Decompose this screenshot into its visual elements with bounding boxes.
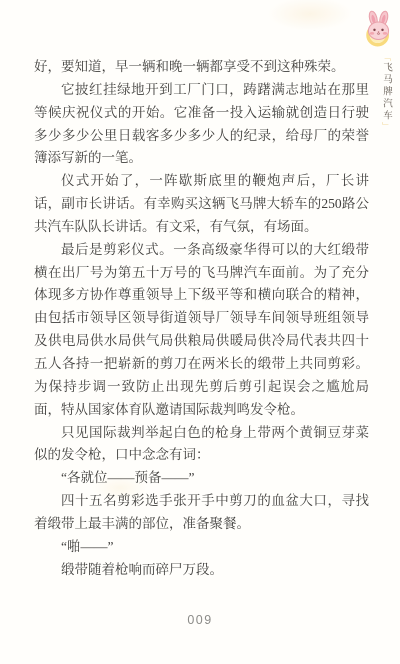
paragraph: 它披红挂绿地开到工厂门口，踌躇满志地站在那里等候庆祝仪式的开始。它准备一投入运输… (34, 79, 369, 170)
paragraph: 仪式开始了，一阵歇斯底里的鞭炮声后，厂长讲话，副市长讲话。有幸购买这辆飞马牌大轿… (34, 170, 369, 239)
margin-book-title: 「飞马牌汽车」 (381, 53, 391, 131)
text-block: 好，要知道，早一辆和晚一辆都享受不到这种殊荣。它披红挂绿地开到工厂门口，踌躇满志… (34, 56, 369, 581)
bracket-open-mark: 「 (382, 53, 391, 62)
bunny-mascot-icon (361, 9, 396, 49)
book-page: 「飞马牌汽车」 好，要知道，早一辆和晚一辆都享受不到这种殊荣。它披红挂绿地开到工… (0, 0, 400, 664)
page-number: 009 (0, 613, 400, 627)
margin-book-title-text: 飞马牌汽车 (381, 62, 391, 122)
bracket-close-mark: 」 (382, 122, 391, 131)
paragraph: “啪——” (34, 536, 369, 559)
paragraph: “各就位——预备——” (34, 467, 369, 490)
paragraph: 最后是剪彩仪式。一条高级豪华得可以的大红缎带横在出厂号为第五十万号的飞马牌汽车面… (34, 239, 369, 422)
paragraph: 缎带随着枪响而碎尸万段。 (34, 559, 369, 582)
paragraph: 好，要知道，早一辆和晚一辆都享受不到这种殊荣。 (34, 56, 369, 79)
margin-decoration (358, 9, 398, 49)
paragraph: 只见国际裁判举起白色的枪身上带两个黄铜豆芽菜似的发令枪，口中念念有词： (34, 422, 369, 468)
paragraph: 四十五名剪彩选手张开手中剪刀的血盆大口，寻找着缎带上最丰满的部位，准备聚餐。 (34, 490, 369, 536)
